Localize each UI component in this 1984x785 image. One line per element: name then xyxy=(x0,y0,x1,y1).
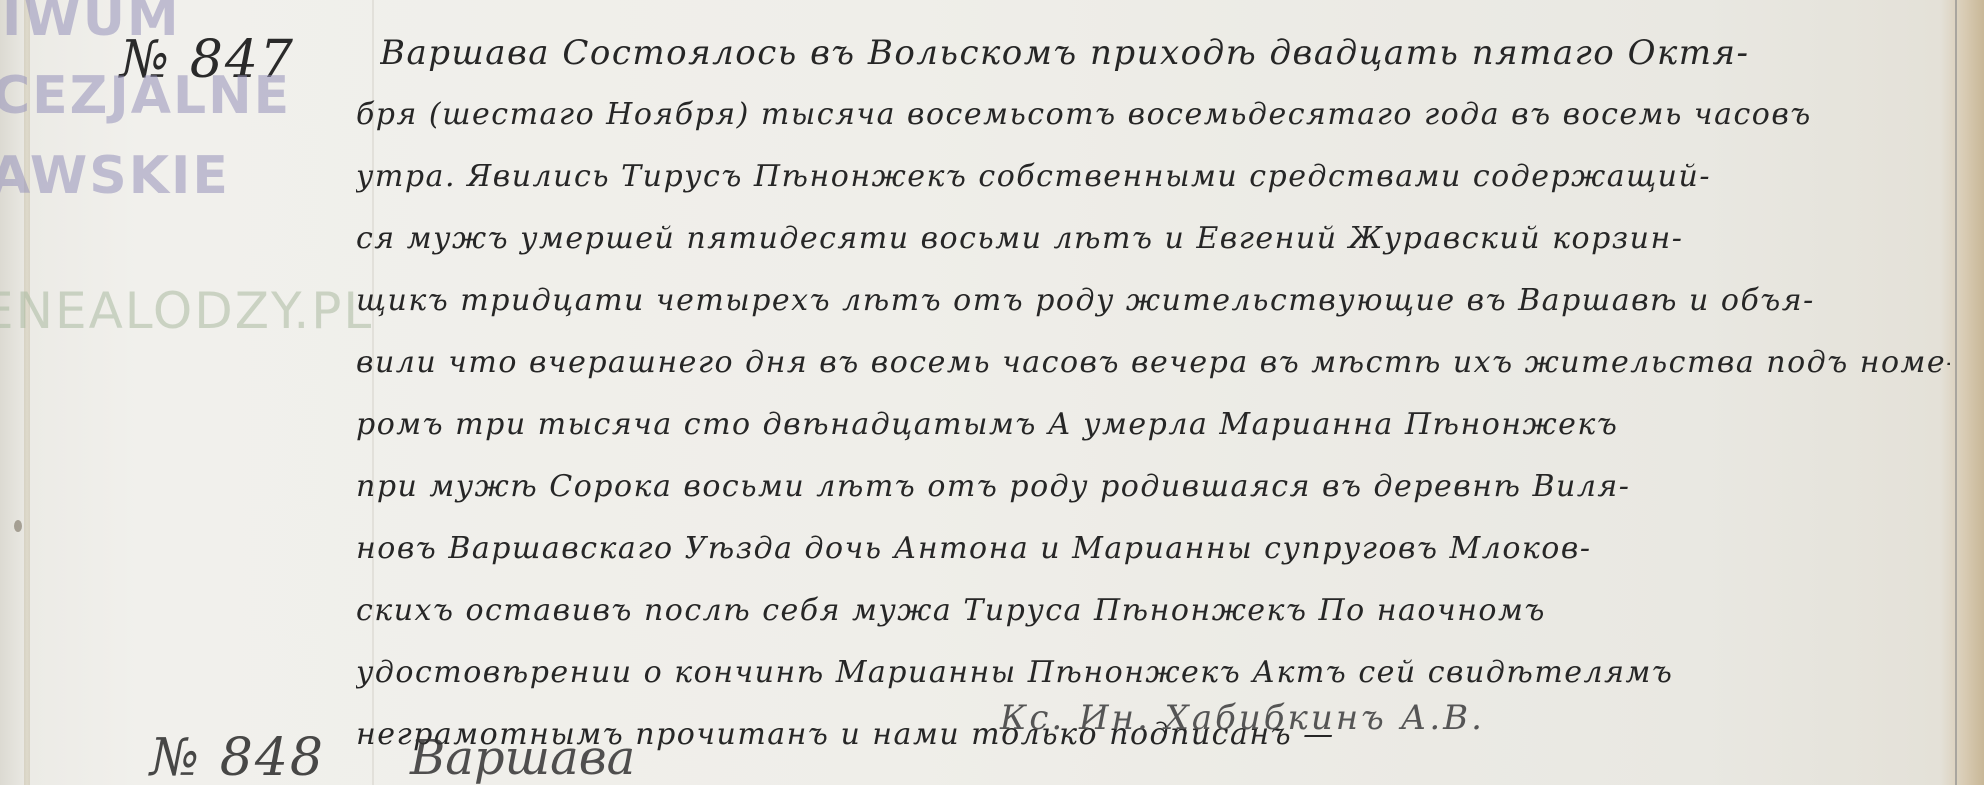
record-line: утра. Явились Тирусъ Пѣнонжекъ собственн… xyxy=(356,146,1950,208)
next-entry-heading: Варшава xyxy=(410,730,635,785)
ink-stain xyxy=(14,520,22,532)
record-line: Варшава Состоялось въ Вольскомъ приходѣ … xyxy=(380,22,1950,84)
record-line: вили что вчерашнего дня въ восемь часовъ… xyxy=(356,332,1950,394)
record-line: новъ Варшавскаго Уѣзда дочь Антона и Мар… xyxy=(356,518,1950,580)
entry-number: № 847 xyxy=(120,30,295,90)
record-line: ся мужъ умершей пятидесяти восьми лѣтъ и… xyxy=(356,208,1950,270)
record-line: ромъ три тысяча сто двѣнадцатымъ А умерл… xyxy=(356,394,1950,456)
record-line: бря (шестаго Ноября) тысяча восемьсотъ в… xyxy=(356,84,1950,146)
scanned-register-page: № 847 Варшава Состоялось въ Вольскомъ пр… xyxy=(0,0,1984,785)
right-margin-rule xyxy=(1955,0,1957,785)
record-line: скихъ оставивъ послѣ себя мужа Тируса Пѣ… xyxy=(356,580,1950,642)
official-signature: Кс. Ин. Хабибкинъ А.В. xyxy=(1000,698,1485,738)
record-line: щикъ тридцати четырехъ лѣтъ отъ роду жит… xyxy=(356,270,1950,332)
page-binding-edge xyxy=(24,0,30,785)
next-entry-number: № 848 xyxy=(150,728,325,785)
record-line: удостовѣрении о кончинѣ Марианны Пѣнонже… xyxy=(356,642,1950,704)
record-text: Варшава Состоялось въ Вольскомъ приходѣ … xyxy=(380,22,1950,766)
watermark-site: ENEALODZY.PL xyxy=(0,282,373,340)
watermark-line: AWSKIE xyxy=(0,146,230,206)
record-line: при мужѣ Сорока восьми лѣтъ отъ роду род… xyxy=(356,456,1950,518)
